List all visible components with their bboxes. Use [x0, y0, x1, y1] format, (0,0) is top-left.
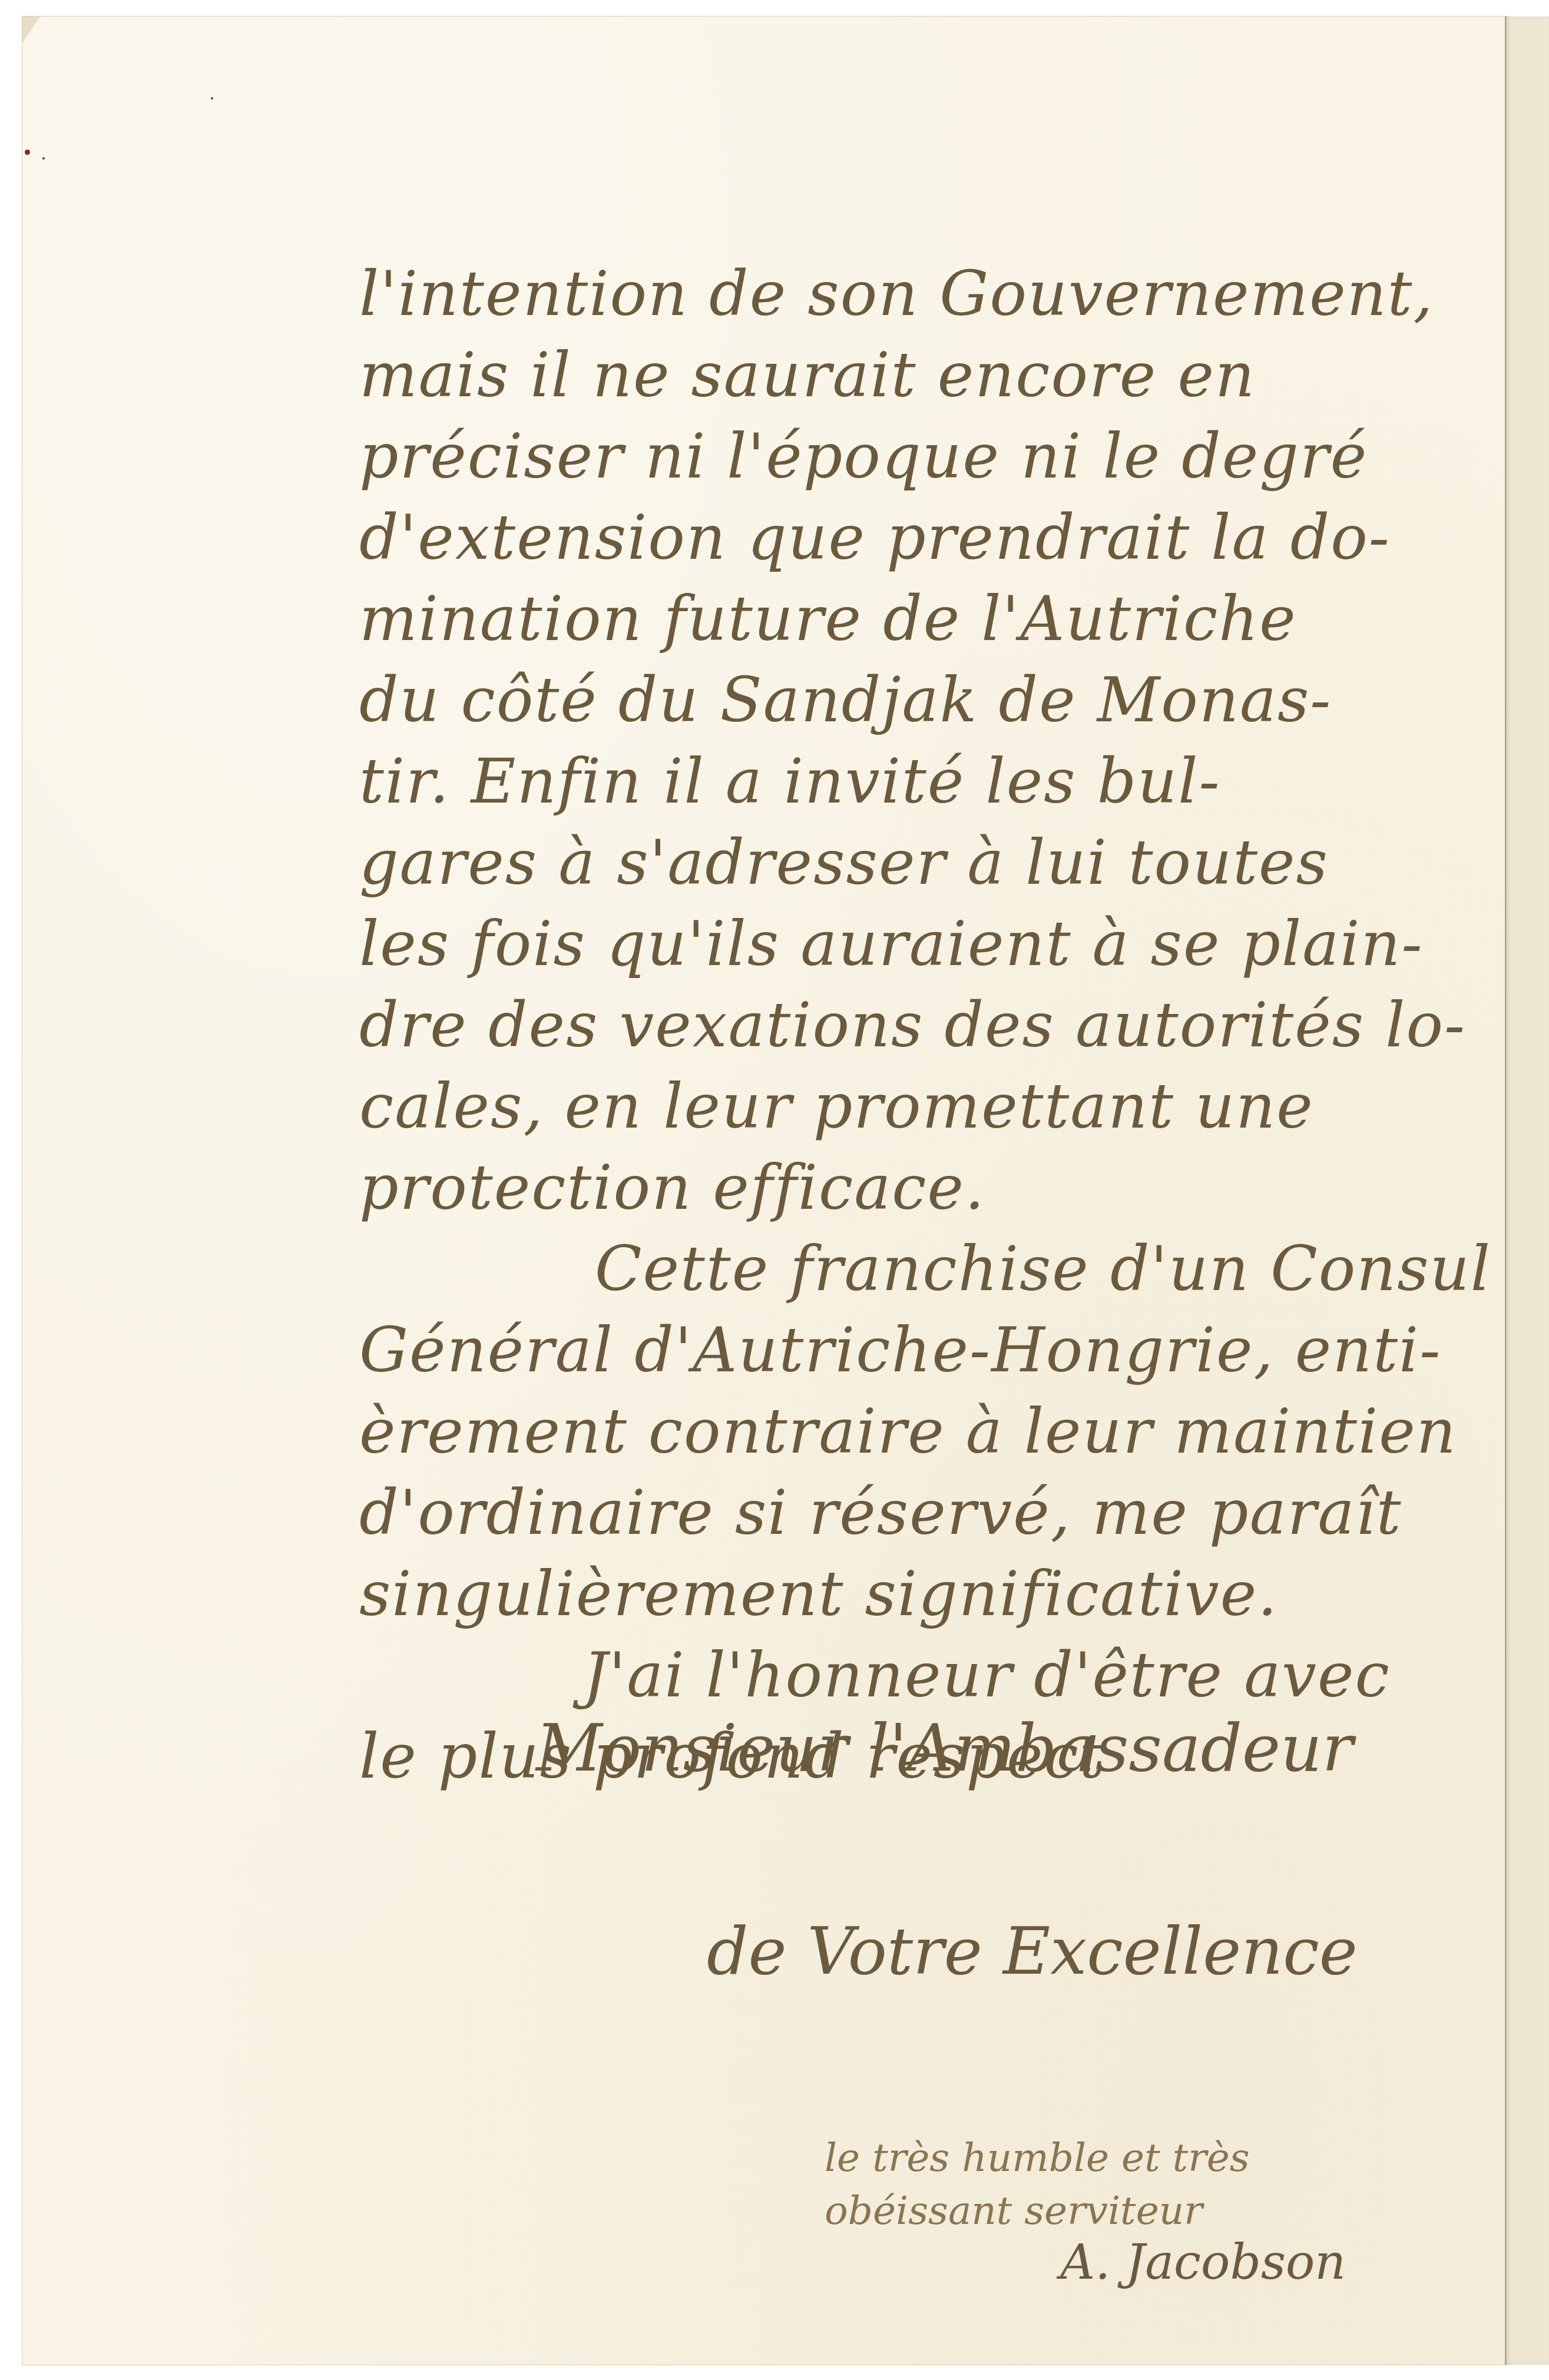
body-line: singulièrement significative. — [359, 1553, 1478, 1635]
paragraph-start-line: Cette franchise d'un Consul — [359, 1228, 1478, 1310]
folded-corner — [22, 16, 40, 43]
letter-body: l'intention de son Gouvernement, mais il… — [359, 253, 1478, 1797]
body-line: l'intention de son Gouvernement, — [359, 253, 1478, 334]
body-line: les fois qu'ils auraient à se plain- — [359, 903, 1478, 985]
ink-spot — [25, 150, 30, 155]
signoff-line: le très humble et très — [825, 2132, 1250, 2185]
body-line: d'extension que prendrait la do- — [359, 497, 1478, 578]
body-line: du côté du Sandjak de Monas- — [359, 659, 1478, 741]
body-line: protection efficace. — [359, 1147, 1478, 1228]
signoff-line: obéissant serviteur — [825, 2185, 1250, 2238]
body-line: cales, en leur promettant une — [359, 1066, 1478, 1147]
body-line: dre des vexations des autorités lo- — [359, 985, 1478, 1066]
signature: A. Jacobson — [1060, 2235, 1346, 2290]
fold-line — [1505, 16, 1507, 2365]
ink-spot — [211, 97, 213, 100]
signoff-block: le très humble et très obéissant servite… — [825, 2132, 1250, 2238]
ink-spot — [42, 157, 45, 160]
paragraph-start-line: J'ai l'honneur d'être avec — [359, 1635, 1478, 1716]
body-line: préciser ni l'époque ni le degré — [359, 416, 1478, 497]
body-line: gares à s'adresser à lui toutes — [359, 822, 1478, 903]
closing-excellence: de Votre Excellence — [707, 1914, 1358, 1989]
body-line: mais il ne saurait encore en — [359, 334, 1478, 416]
back-leaf-edge — [1507, 16, 1549, 2365]
closing-salutation: Monsieur l'Ambassadeur — [536, 1711, 1353, 1786]
body-line: d'ordinaire si réservé, me paraît — [359, 1472, 1478, 1553]
body-line: èrement contraire à leur maintien — [359, 1391, 1478, 1472]
body-line: mination future de l'Autriche — [359, 578, 1478, 659]
body-line: tir. Enfin il a invité les bul- — [359, 741, 1478, 822]
body-line: Général d'Autriche-Hongrie, enti- — [359, 1310, 1478, 1391]
